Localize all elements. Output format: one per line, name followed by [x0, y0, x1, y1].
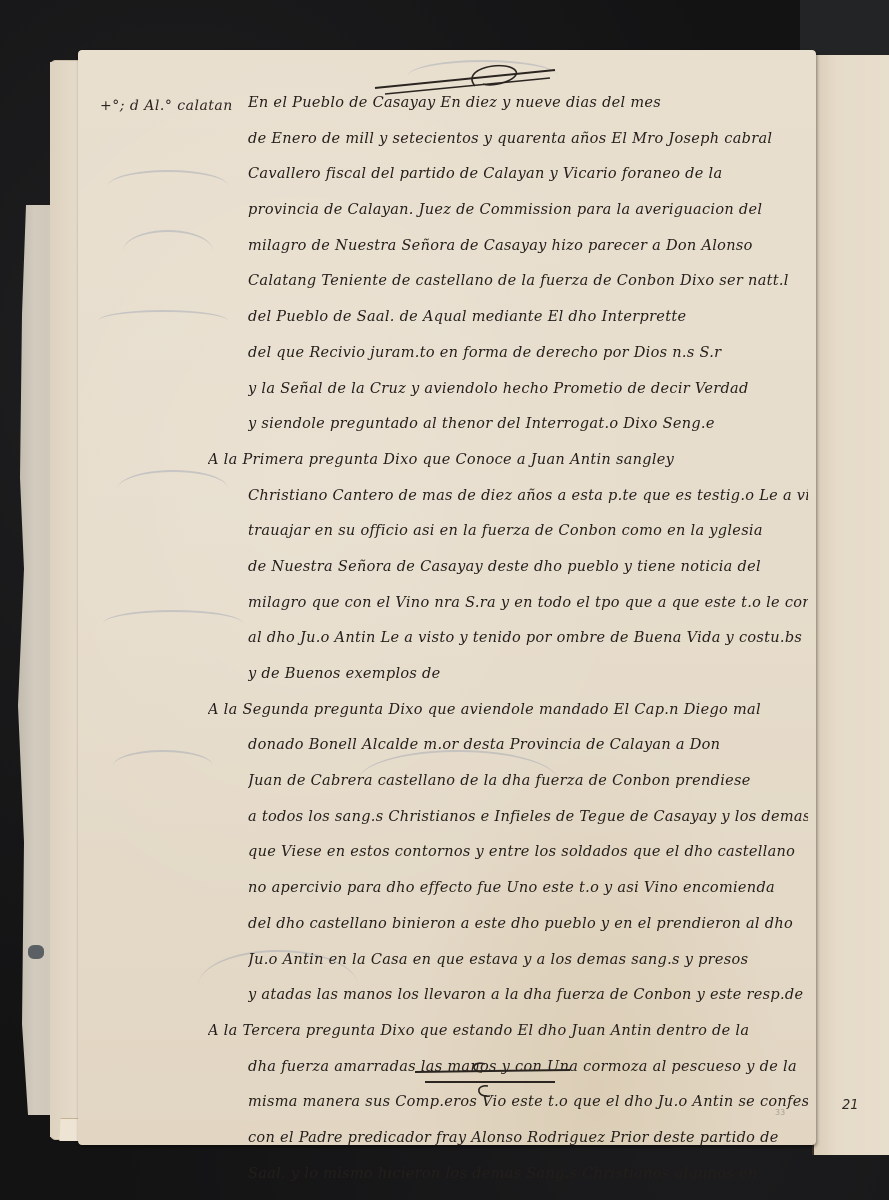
text-line: Saal. y lo mismo hicieron los demas Sang… — [248, 1157, 808, 1193]
text-line: donado Bonell Alcalde m.or desta Provinc… — [248, 728, 808, 764]
text-line: provincia de Calayan. Juez de Commission… — [248, 193, 808, 229]
text-line: milagro de Nuestra Señora de Casayay hiz… — [248, 229, 808, 265]
underlying-leaf-edge — [50, 62, 81, 1137]
text-line: a todos los sang.s Christianos e Infiele… — [248, 800, 808, 836]
paragraph-start-line: A la Tercera pregunta Dixo que estando E… — [208, 1014, 808, 1050]
paragraph-start-line: A la Segunda pregunta Dixo que aviendole… — [208, 693, 808, 729]
bleed-through-stroke — [113, 750, 213, 782]
backdrop-corner — [800, 0, 889, 55]
text-line: con el Padre predicador fray Alonso Rodr… — [248, 1121, 808, 1157]
paragraph-start-line: A la Primera pregunta Dixo que Conoce a … — [208, 443, 808, 479]
text-line: y la Señal de la Cruz y aviendolo hecho … — [248, 372, 808, 408]
text-line: y atadas las manos los llevaron a la dha… — [248, 978, 808, 1014]
text-line: del Pueblo de Saal. de Aqual mediante El… — [248, 300, 808, 336]
text-line: Christiano Cantero de mas de diez años a… — [248, 479, 808, 515]
manuscript-body: En el Pueblo de Casayay En diez y nueve … — [248, 86, 808, 1192]
stain-mark — [28, 945, 44, 959]
text-line: que Viese en estos contornos y entre los… — [248, 835, 808, 871]
text-line: Cavallero fiscal del partido de Calayan … — [248, 157, 808, 193]
adjacent-page-right — [812, 55, 889, 1155]
text-line: no apercivio para dho effecto fue Uno es… — [248, 871, 808, 907]
bleed-through-stroke — [108, 170, 228, 202]
text-line: trauajar en su officio asi en la fuerza … — [248, 514, 808, 550]
text-line: de Enero de mill y setecientos y quarent… — [248, 122, 808, 158]
text-line: al dho Ju.o Antin Le a visto y tenido po… — [248, 621, 808, 657]
text-line: del que Recivio juram.to en forma de der… — [248, 336, 808, 372]
closing-ornament-icon — [410, 1060, 580, 1110]
small-foliation-mark: 33 — [775, 1108, 785, 1117]
text-line: y de Buenos exemplos de — [248, 657, 808, 693]
text-line: del dho castellano binieron a este dho p… — [248, 907, 808, 943]
text-line: milagro que con el Vino nra S.ra y en to… — [248, 586, 808, 622]
text-line: Juan de Cabrera castellano de la dha fue… — [248, 764, 808, 800]
bleed-through-stroke — [123, 230, 213, 272]
text-line: y siendole preguntado al thenor del Inte… — [248, 407, 808, 443]
bleed-through-stroke — [103, 610, 243, 637]
margin-note: +°; d Al.° calatan — [100, 98, 233, 114]
text-line: de Nuestra Señora de Casayay deste dho p… — [248, 550, 808, 586]
page-number-right: 21 — [842, 1098, 859, 1113]
text-line: Ju.o Antin en la Casa en que estava y a … — [248, 943, 808, 979]
text-line: En el Pueblo de Casayay En diez y nueve … — [248, 86, 808, 122]
text-line: Calatang Teniente de castellano de la fu… — [248, 264, 808, 300]
bleed-through-stroke — [98, 310, 228, 332]
